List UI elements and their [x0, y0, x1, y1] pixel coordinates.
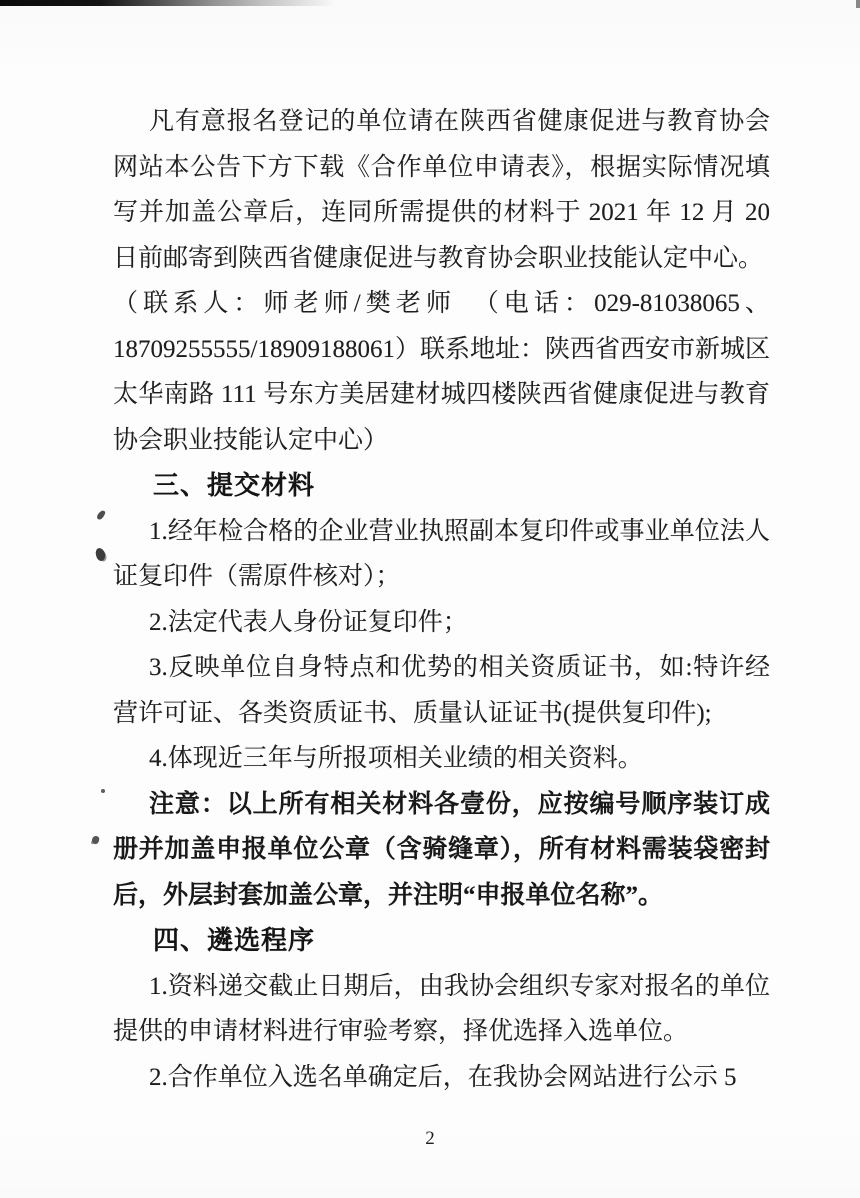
document-body: 凡有意报名登记的单位请在陕西省健康促进与教育协会网站本公告下方下载《合作单位申请…	[113, 99, 770, 1100]
paragraph-application-instructions: 凡有意报名登记的单位请在陕西省健康促进与教育协会网站本公告下方下载《合作单位申请…	[113, 99, 770, 281]
scan-speck	[91, 835, 100, 845]
scan-speck	[95, 547, 107, 562]
scan-artifact-corner	[856, 0, 860, 8]
scanned-document-page: 凡有意报名登记的单位请在陕西省健康促进与教育协会网站本公告下方下载《合作单位申请…	[0, 0, 860, 1198]
paragraph-procedure-step-1: 1.资料递交截止日期后，由我协会组织专家对报名的单位提供的申请材料进行审验考察，…	[113, 964, 770, 1055]
heading-section-4-selection-procedure: 四、遴选程序	[113, 918, 770, 964]
paragraph-material-item-2: 2.法定代表人身份证复印件；	[113, 600, 770, 646]
paragraph-material-item-1: 1.经年检合格的企业营业执照副本复印件或事业单位法人证复印件（需原件核对）；	[113, 509, 770, 600]
paragraph-notice: 注意：以上所有相关材料各壹份，应按编号顺序装订成册并加盖申报单位公章（含骑缝章）…	[113, 782, 770, 919]
heading-section-3-submit-materials: 三、提交材料	[113, 463, 770, 509]
paragraph-procedure-step-2: 2.合作单位入选名单确定后，在我协会网站进行公示 5	[113, 1055, 770, 1101]
scan-speck	[96, 509, 106, 521]
paragraph-material-item-4: 4.体现近三年与所报项相关业绩的相关资料。	[113, 736, 770, 782]
paragraph-material-item-3: 3.反映单位自身特点和优势的相关资质证书，如:特许经营许可证、各类资质证书、质量…	[113, 645, 770, 736]
paragraph-contact-info: （联系人：师老师/樊老师 （电话：029-81038065、1870925555…	[113, 281, 770, 463]
scan-speck	[101, 789, 105, 793]
page-number: 2	[0, 1127, 860, 1151]
scan-artifact-top-edge	[0, 0, 335, 6]
